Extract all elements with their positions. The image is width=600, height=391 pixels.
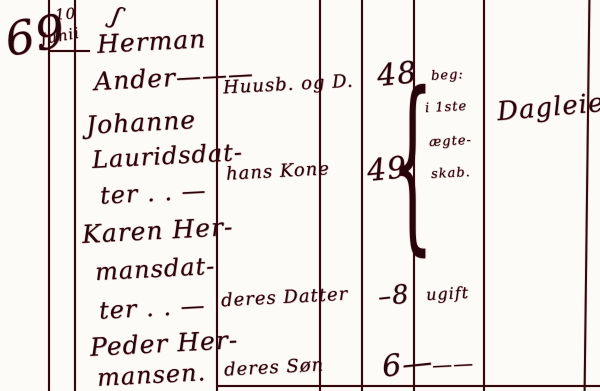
bottom-rule: [217, 385, 600, 387]
name-line: Herman: [96, 24, 207, 59]
ledger-scan-page: 69 10 Junii ʃ Herman Ander——— Johanne La…: [0, 0, 600, 391]
marital-brace: {: [391, 52, 434, 273]
family-position: deres Datter: [221, 284, 349, 312]
name-line: Karen Her-: [81, 212, 234, 249]
marital-status-child: ugift: [426, 283, 470, 304]
marital-status-dash: ——: [431, 351, 474, 377]
age-value: –8: [377, 279, 412, 312]
marital-note-line: beg:: [431, 67, 464, 84]
column-rule-8: [584, 0, 591, 391]
name-line: ter . . —: [99, 176, 207, 210]
family-position: hans Kone: [226, 158, 331, 184]
marital-note-line: i 1ste: [425, 99, 468, 116]
column-rule-4: [319, 0, 321, 391]
name-line: Lauridsdat-: [91, 138, 243, 174]
marital-note-line: ægte-: [429, 133, 473, 150]
column-rule-2: [74, 0, 76, 391]
name-line: mansen.: [96, 358, 206, 391]
family-position: deres Søn: [224, 354, 325, 380]
name-line: mansdat-: [94, 252, 216, 286]
marital-note-line: skab.: [431, 165, 471, 182]
age-value: 6—: [380, 344, 434, 384]
name-line: ter . . —: [98, 291, 206, 325]
ink-flourish-mark: ʃ: [109, 2, 125, 31]
entry-date-day: 10: [54, 4, 76, 23]
name-line: Johanne: [85, 105, 196, 140]
column-rule-7: [483, 0, 485, 391]
occupation-note: Dagleier: [496, 87, 600, 127]
column-rule-5: [361, 0, 363, 391]
